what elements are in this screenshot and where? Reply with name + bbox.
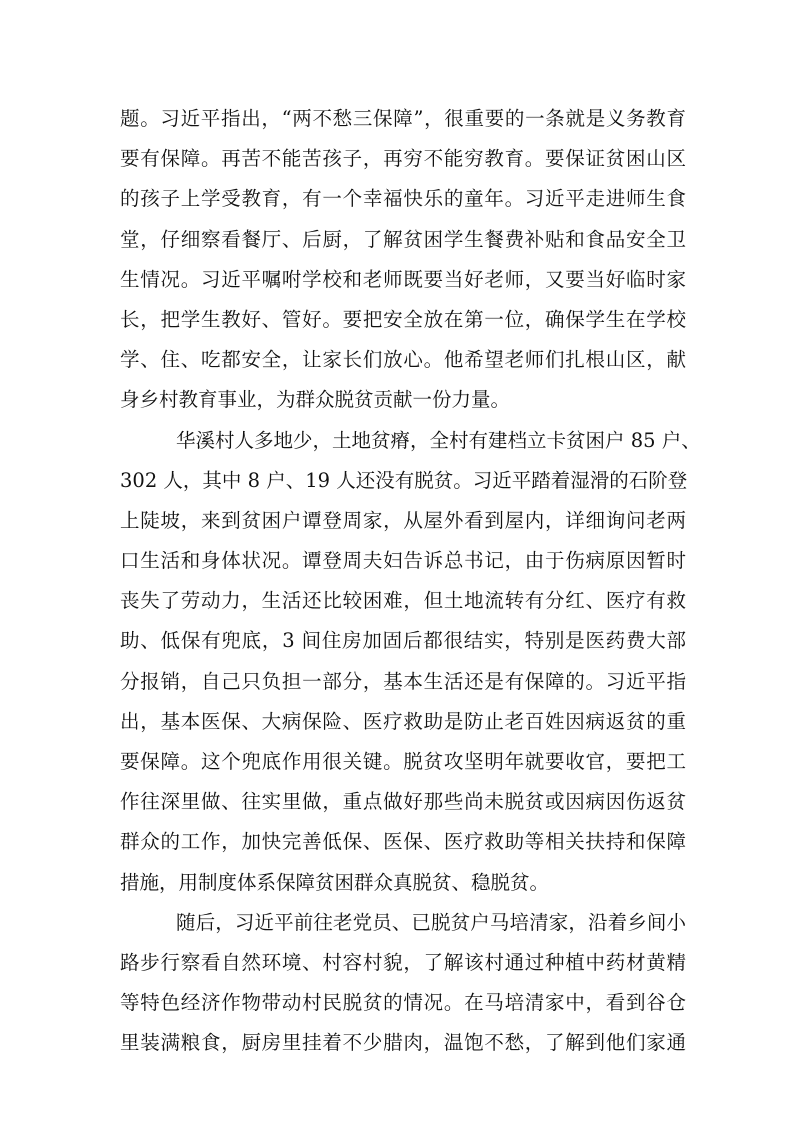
text-line: 出，基本医保、大病保险、医疗救助是防止老百姓因病返贫的重 (120, 702, 686, 742)
paragraph-1: 题。习近平指出，“两不愁三保障”，很重要的一条就是义务教育 要有保障。再苦不能苦… (120, 99, 686, 421)
text-line: 长，把学生教好、管好。要把安全放在第一位，确保学生在学校 (120, 300, 686, 340)
text-line: 助、低保有兜底，3 间住房加固后都很结实，特别是医药费大部 (120, 621, 686, 661)
text-line: 302 人，其中 8 户、19 人还没有脱贫。习近平踏着湿滑的石阶登 (120, 461, 686, 501)
text-line: 题。习近平指出，“两不愁三保障”，很重要的一条就是义务教育 (120, 99, 686, 139)
text-line: 身乡村教育事业，为群众脱贫贡献一份力量。 (120, 380, 686, 420)
text-line: 华溪村人多地少，土地贫瘠，全村有建档立卡贫困户 85 户、 (120, 421, 686, 461)
text-line: 上陡坡，来到贫困户谭登周家，从屋外看到屋内，详细询问老两 (120, 501, 686, 541)
text-line: 生情况。习近平嘱咐学校和老师既要当好老师，又要当好临时家 (120, 260, 686, 300)
text-line: 里装满粮食，厨房里挂着不少腊肉，温饱不愁，了解到他们家通 (120, 1023, 686, 1063)
text-line: 要有保障。再苦不能苦孩子，再穷不能穷教育。要保证贫困山区 (120, 139, 686, 179)
text-line: 作往深里做、往实里做，重点做好那些尚未脱贫或因病因伤返贫 (120, 782, 686, 822)
text-line: 口生活和身体状况。谭登周夫妇告诉总书记，由于伤病原因暂时 (120, 541, 686, 581)
text-line: 路步行察看自然环境、村容村貌，了解该村通过种植中药材黄精 (120, 943, 686, 983)
text-line: 分报销，自己只负担一部分，基本生活还是有保障的。习近平指 (120, 662, 686, 702)
text-line: 群众的工作，加快完善低保、医保、医疗救助等相关扶持和保障 (120, 822, 686, 862)
document-page: 题。习近平指出，“两不愁三保障”，很重要的一条就是义务教育 要有保障。再苦不能苦… (120, 99, 686, 1064)
text-line: 措施，用制度体系保障贫困群众真脱贫、稳脱贫。 (120, 863, 686, 903)
paragraph-3: 随后，习近平前往老党员、已脱贫户马培清家，沿着乡间小 路步行察看自然环境、村容村… (120, 903, 686, 1064)
text-line: 学、住、吃都安全，让家长们放心。他希望老师们扎根山区，献 (120, 340, 686, 380)
paragraph-2: 华溪村人多地少，土地贫瘠，全村有建档立卡贫困户 85 户、 302 人，其中 8… (120, 421, 686, 903)
text-line: 等特色经济作物带动村民脱贫的情况。在马培清家中，看到谷仓 (120, 983, 686, 1023)
text-line: 随后，习近平前往老党员、已脱贫户马培清家，沿着乡间小 (120, 903, 686, 943)
text-line: 要保障。这个兜底作用很关键。脱贫攻坚明年就要收官，要把工 (120, 742, 686, 782)
text-line: 堂，仔细察看餐厅、后厨，了解贫困学生餐费补贴和食品安全卫 (120, 220, 686, 260)
text-line: 丧失了劳动力，生活还比较困难，但土地流转有分红、医疗有救 (120, 581, 686, 621)
text-line: 的孩子上学受教育，有一个幸福快乐的童年。习近平走进师生食 (120, 179, 686, 219)
